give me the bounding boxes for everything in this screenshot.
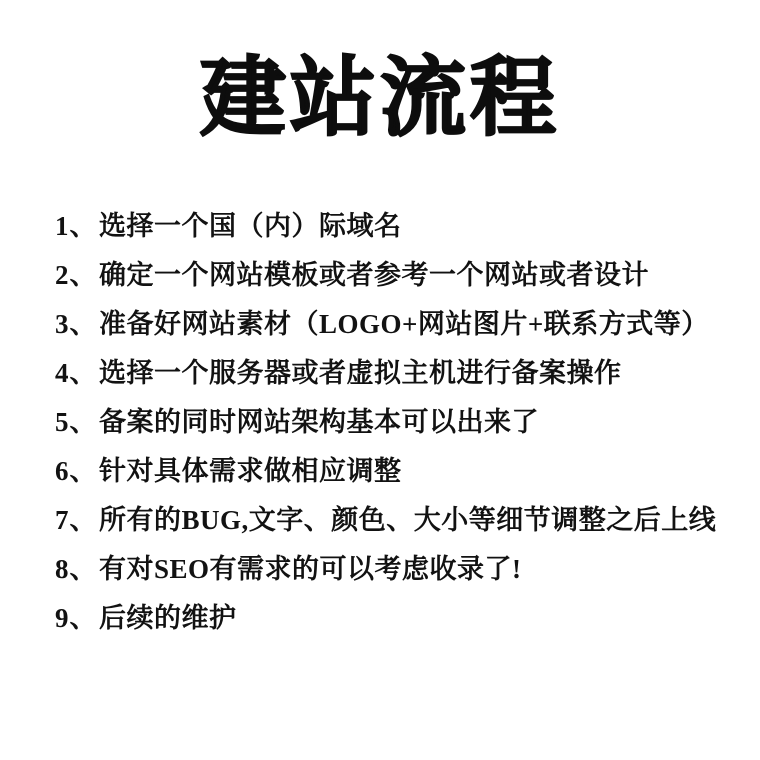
step-text: 选择一个国（内）际域名 xyxy=(99,202,402,251)
list-item: 4、 选择一个服务器或者虚拟主机进行备案操作 xyxy=(55,349,752,398)
step-text: 确定一个网站模板或者参考一个网站或者设计 xyxy=(99,251,649,300)
step-text: 针对具体需求做相应调整 xyxy=(99,447,402,496)
step-number: 7、 xyxy=(55,496,99,545)
list-item: 6、 针对具体需求做相应调整 xyxy=(55,447,752,496)
step-text: 备案的同时网站架构基本可以出来了 xyxy=(99,398,539,447)
step-number: 8、 xyxy=(55,545,99,594)
list-item: 9、 后续的维护 xyxy=(55,594,752,643)
step-text: 后续的维护 xyxy=(99,594,237,643)
list-item: 2、 确定一个网站模板或者参考一个网站或者设计 xyxy=(55,251,752,300)
page-title: 建站流程 xyxy=(0,46,760,150)
document-page: 建站流程 1、 选择一个国（内）际域名 2、 确定一个网站模板或者参考一个网站或… xyxy=(0,0,760,760)
step-text: 有对SEO有需求的可以考虑收录了! xyxy=(99,545,522,594)
step-text: 准备好网站素材（LOGO+网站图片+联系方式等） xyxy=(99,300,709,349)
process-step-list: 1、 选择一个国（内）际域名 2、 确定一个网站模板或者参考一个网站或者设计 3… xyxy=(0,202,760,643)
list-item: 3、 准备好网站素材（LOGO+网站图片+联系方式等） xyxy=(55,300,752,349)
step-number: 3、 xyxy=(55,300,99,349)
step-number: 2、 xyxy=(55,251,99,300)
list-item: 1、 选择一个国（内）际域名 xyxy=(55,202,752,251)
list-item: 5、 备案的同时网站架构基本可以出来了 xyxy=(55,398,752,447)
step-number: 1、 xyxy=(55,202,99,251)
step-number: 5、 xyxy=(55,398,99,447)
step-number: 6、 xyxy=(55,447,99,496)
step-number: 9、 xyxy=(55,594,99,643)
list-item: 7、 所有的BUG,文字、颜色、大小等细节调整之后上线 xyxy=(55,496,752,545)
step-text: 选择一个服务器或者虚拟主机进行备案操作 xyxy=(99,349,622,398)
step-number: 4、 xyxy=(55,349,99,398)
list-item: 8、 有对SEO有需求的可以考虑收录了! xyxy=(55,545,752,594)
step-text: 所有的BUG,文字、颜色、大小等细节调整之后上线 xyxy=(99,496,716,545)
